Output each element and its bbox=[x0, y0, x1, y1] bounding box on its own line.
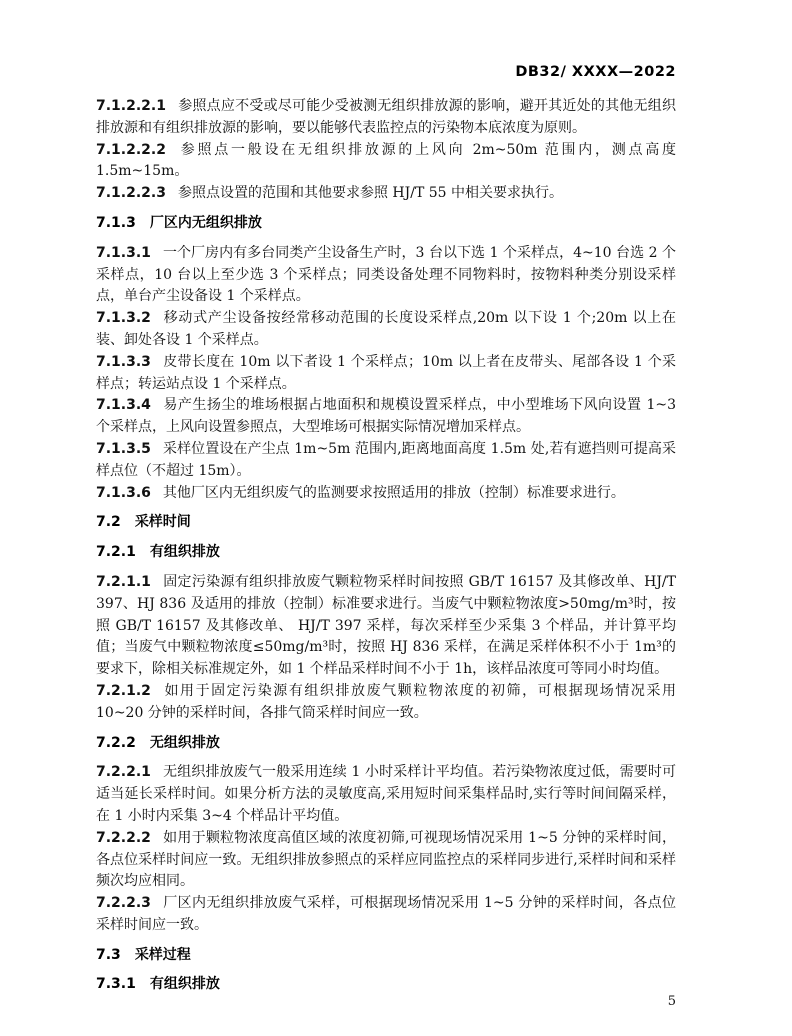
clause-number: 7.1.3.4 bbox=[96, 397, 151, 413]
section-heading-7-1-3: 7.1.3厂区内无组织排放 bbox=[96, 213, 676, 235]
heading-number: 7.1.3 bbox=[96, 215, 136, 231]
section-heading-7-3: 7.3采样过程 bbox=[96, 945, 676, 967]
heading-number: 7.2 bbox=[96, 514, 121, 530]
clause-text: 其他厂区内无组织废气的监测要求按照适用的排放（控制）标准要求进行。 bbox=[163, 485, 625, 501]
clause-text: 参照点一般设在无组织排放源的上风向 2m~50m 范围内，测点高度 1.5m~1… bbox=[96, 142, 676, 180]
clause-number: 7.1.3.2 bbox=[96, 310, 151, 326]
document-page: DB32/ XXXX—2022 7.1.2.2.1参照点应不受或尽可能少受被测无… bbox=[0, 0, 792, 1036]
clause-text: 移动式产尘设备按经常移动范围的长度设采样点,20m 以下设 1 个;20m 以上… bbox=[96, 310, 676, 348]
clause-text: 一个厂房内有多台同类产尘设备生产时，3 台以下选 1 个采样点，4~10 台选 … bbox=[96, 245, 676, 305]
clause-number: 7.1.2.2.3 bbox=[96, 185, 166, 201]
heading-text: 采样时间 bbox=[135, 514, 191, 530]
page-header: DB32/ XXXX—2022 bbox=[96, 62, 676, 84]
clause-7-1-3-3: 7.1.3.3皮带长度在 10m 以下者设 1 个采样点；10m 以上者在皮带头… bbox=[96, 352, 676, 396]
clause-number: 7.2.2.1 bbox=[96, 764, 151, 780]
section-heading-7-2: 7.2采样时间 bbox=[96, 512, 676, 534]
heading-text: 无组织排放 bbox=[150, 735, 220, 751]
section-heading-7-2-2: 7.2.2无组织排放 bbox=[96, 733, 676, 755]
clause-text: 固定污染源有组织排放废气颗粒物采样时间按照 GB/T 16157 及其修改单、H… bbox=[96, 574, 676, 677]
clause-7-1-3-4: 7.1.3.4易产生扬尘的堆场根据占地面积和规模设置采样点，中小型堆场下风向设置… bbox=[96, 395, 676, 439]
section-heading-7-2-1: 7.2.1有组织排放 bbox=[96, 542, 676, 564]
clause-7-2-1-1: 7.2.1.1固定污染源有组织排放废气颗粒物采样时间按照 GB/T 16157 … bbox=[96, 572, 676, 681]
clause-number: 7.2.2.2 bbox=[96, 830, 151, 846]
clause-7-1-3-1: 7.1.3.1一个厂房内有多台同类产尘设备生产时，3 台以下选 1 个采样点，4… bbox=[96, 243, 676, 308]
clause-number: 7.1.3.5 bbox=[96, 441, 151, 457]
document-content: 7.1.2.2.1参照点应不受或尽可能少受被测无组织排放源的影响，避开其近处的其… bbox=[96, 96, 676, 1004]
heading-text: 有组织排放 bbox=[150, 544, 220, 560]
clause-7-2-2-1: 7.2.2.1无组织排放废气一般采用连续 1 小时采样计平均值。若污染物浓度过低… bbox=[96, 762, 676, 827]
clause-text: 参照点应不受或尽可能少受被测无组织排放源的影响，避开其近处的其他无组织排放源和有… bbox=[96, 98, 676, 136]
page-number: 5 bbox=[668, 994, 676, 1009]
clause-7-1-3-2: 7.1.3.2移动式产尘设备按经常移动范围的长度设采样点,20m 以下设 1 个… bbox=[96, 308, 676, 352]
clause-number: 7.1.3.6 bbox=[96, 485, 151, 501]
clause-7-1-2-2-1: 7.1.2.2.1参照点应不受或尽可能少受被测无组织排放源的影响，避开其近处的其… bbox=[96, 96, 676, 140]
heading-text: 采样过程 bbox=[135, 947, 191, 963]
clause-number: 7.1.2.2.2 bbox=[96, 142, 166, 158]
clause-7-2-2-2: 7.2.2.2如用于颗粒物浓度高值区域的浓度初筛,可视现场情况采用 1~5 分钟… bbox=[96, 828, 676, 893]
heading-text: 厂区内无组织排放 bbox=[150, 215, 262, 231]
heading-number: 7.2.1 bbox=[96, 544, 136, 560]
clause-7-2-1-2: 7.2.1.2如用于固定污染源有组织排放废气颗粒物浓度的初筛，可根据现场情况采用… bbox=[96, 681, 676, 725]
clause-text: 厂区内无组织排放废气采样，可根据现场情况采用 1~5 分钟的采样时间，各点位采样… bbox=[96, 895, 676, 933]
clause-text: 如用于固定污染源有组织排放废气颗粒物浓度的初筛，可根据现场情况采用 10~20 … bbox=[96, 683, 676, 721]
clause-number: 7.1.3.1 bbox=[96, 245, 151, 261]
document-code: DB32/ XXXX—2022 bbox=[515, 64, 676, 80]
clause-text: 参照点设置的范围和其他要求参照 HJ/T 55 中相关要求执行。 bbox=[178, 185, 563, 201]
clause-number: 7.2.1.2 bbox=[96, 683, 151, 699]
clause-7-1-2-2-3: 7.1.2.2.3参照点设置的范围和其他要求参照 HJ/T 55 中相关要求执行… bbox=[96, 183, 676, 205]
clause-number: 7.1.3.3 bbox=[96, 354, 151, 370]
clause-7-2-2-3: 7.2.2.3厂区内无组织排放废气采样，可根据现场情况采用 1~5 分钟的采样时… bbox=[96, 893, 676, 937]
clause-number: 7.2.1.1 bbox=[96, 574, 151, 590]
clause-7-1-3-5: 7.1.3.5采样位置设在产尘点 1m~5m 范围内,距离地面高度 1.5m 处… bbox=[96, 439, 676, 483]
clause-text: 易产生扬尘的堆场根据占地面积和规模设置采样点，中小型堆场下风向设置 1~3 个采… bbox=[96, 397, 676, 435]
clause-number: 7.2.2.3 bbox=[96, 895, 151, 911]
clause-text: 如用于颗粒物浓度高值区域的浓度初筛,可视现场情况采用 1~5 分钟的采样时间，各… bbox=[96, 830, 676, 890]
clause-number: 7.1.2.2.1 bbox=[96, 98, 166, 114]
clause-text: 皮带长度在 10m 以下者设 1 个采样点；10m 以上者在皮带头、尾部各设 1… bbox=[96, 354, 676, 392]
clause-7-1-2-2-2: 7.1.2.2.2参照点一般设在无组织排放源的上风向 2m~50m 范围内，测点… bbox=[96, 140, 676, 184]
clause-text: 无组织排放废气一般采用连续 1 小时采样计平均值。若污染物浓度过低，需要时可适当… bbox=[96, 764, 676, 824]
clause-7-1-3-6: 7.1.3.6其他厂区内无组织废气的监测要求按照适用的排放（控制）标准要求进行。 bbox=[96, 483, 676, 505]
page-footer: 5 bbox=[96, 991, 676, 1013]
heading-number: 7.3 bbox=[96, 947, 121, 963]
heading-number: 7.2.2 bbox=[96, 735, 136, 751]
clause-text: 采样位置设在产尘点 1m~5m 范围内,距离地面高度 1.5m 处,若有遮挡则可… bbox=[96, 441, 676, 479]
